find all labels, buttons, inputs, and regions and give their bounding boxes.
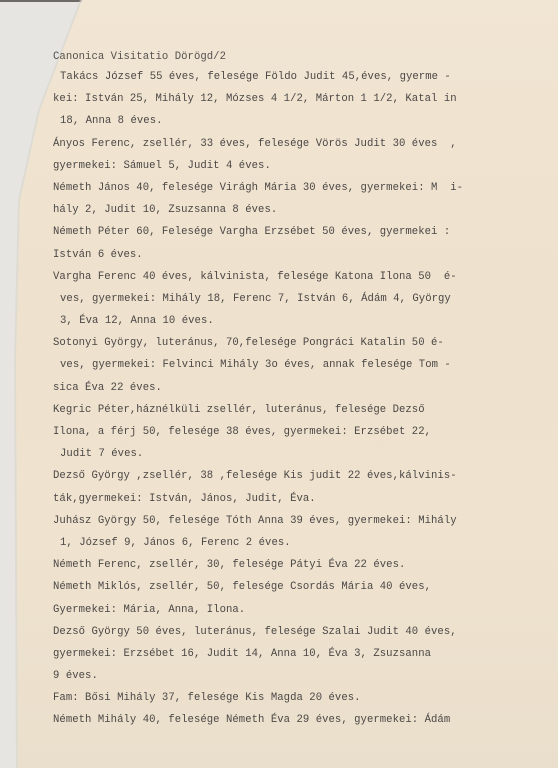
scanned-page: Canonica Visitatio Dörögd/2 Takács Józse… [0,0,558,768]
document-line: Németh János 40, felesége Virágh Mária 3… [53,177,553,199]
document-line: Németh Miklós, zsellér, 50, felesége Cso… [53,576,553,598]
document-line: Németh Mihály 40, felesége Németh Éva 29… [53,709,553,731]
document-line: ták,gyermekei: István, János, Judit, Éva… [53,488,553,510]
document-line: Gyermekei: Mária, Anna, Ilona. [53,599,553,621]
document-line: István 6 éves. [53,244,553,266]
document-body: Takács József 55 éves, felesége Földo Ju… [53,66,553,732]
document-line: Németh Péter 60, Felesége Vargha Erzsébe… [53,221,553,243]
document-line: 18, Anna 8 éves. [53,110,553,132]
document-line: gyermekei: Erzsébet 16, Judit 14, Anna 1… [53,643,553,665]
document-line: Dezső György ,zsellér, 38 ,felesége Kis … [53,465,553,487]
document-line: kei: István 25, Mihály 12, Mózses 4 1/2,… [53,88,553,110]
document-title: Canonica Visitatio Dörögd/2 [53,49,553,66]
document-line: hály 2, Judit 10, Zsuzsanna 8 éves. [53,199,553,221]
document-line: gyermekei: Sámuel 5, Judit 4 éves. [53,155,553,177]
document-line: Dezső György 50 éves, luteránus, feleség… [53,621,553,643]
document-line: Vargha Ferenc 40 éves, kálvinista, feles… [53,266,553,288]
document-line: Ilona, a férj 50, felesége 38 éves, gyer… [53,421,553,443]
document-line: Fam: Bősi Mihály 37, felesége Kis Magda … [53,687,553,709]
document-line: ves, gyermekei: Mihály 18, Ferenc 7, Ist… [53,288,553,310]
document-line: 1, József 9, János 6, Ferenc 2 éves. [53,532,553,554]
document-line: ves, gyermekei: Felvinci Mihály 3o éves,… [53,354,553,376]
document-line: Ányos Ferenc, zsellér, 33 éves, felesége… [53,133,553,155]
document-line: Takács József 55 éves, felesége Földo Ju… [53,66,553,88]
document-line: 3, Éva 12, Anna 10 éves. [53,310,553,332]
document-line: Judit 7 éves. [53,443,553,465]
document-line: Sotonyi György, luteránus, 70,felesége P… [53,332,553,354]
typewritten-document: Canonica Visitatio Dörögd/2 Takács Józse… [53,49,553,732]
document-line: Juhász György 50, felesége Tóth Anna 39 … [53,510,553,532]
document-line: 9 éves. [53,665,553,687]
document-line: sica Éva 22 éves. [53,377,553,399]
document-line: Kegric Péter,háznélküli zsellér, luterán… [53,399,553,421]
document-line: Németh Ferenc, zsellér, 30, felesége Pát… [53,554,553,576]
